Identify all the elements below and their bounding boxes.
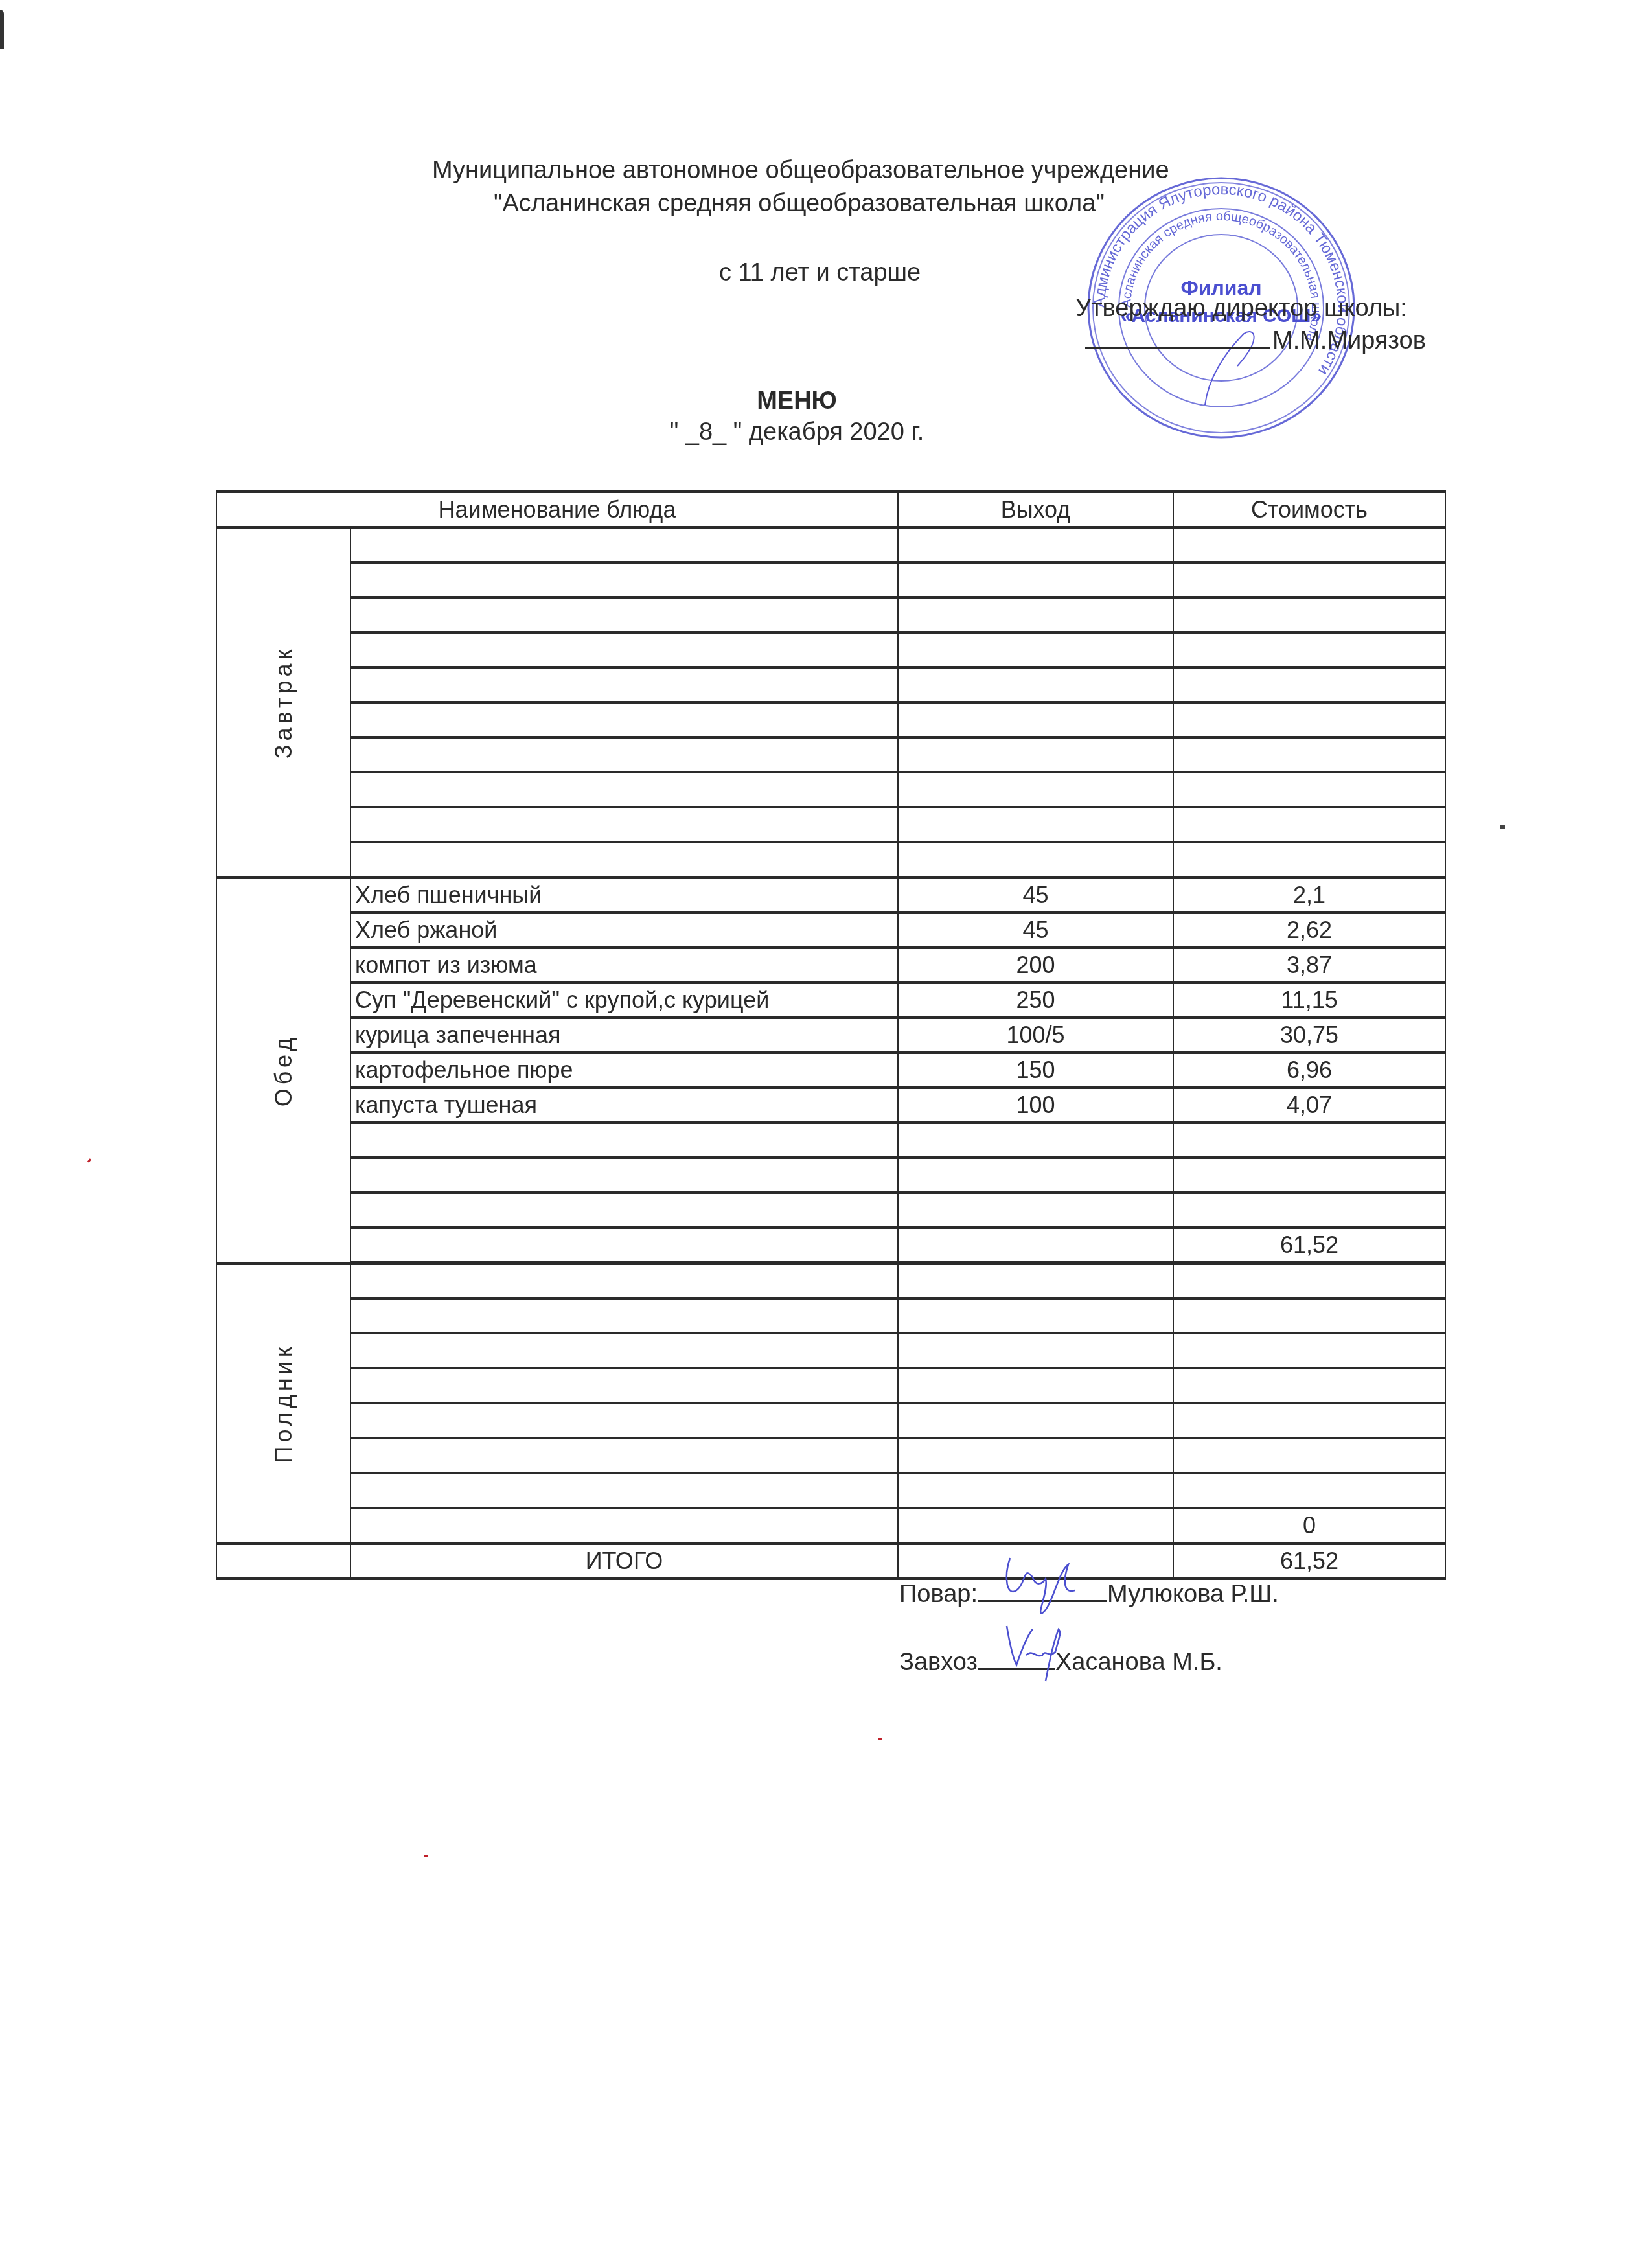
subtotal-name	[350, 1508, 898, 1544]
dish-cost: 3,87	[1173, 948, 1445, 983]
age-group: с 11 лет и старше	[719, 259, 921, 287]
table-row: картофельное пюре1506,96	[216, 1053, 1445, 1088]
dish-name	[350, 842, 898, 878]
dish-output	[898, 1298, 1173, 1333]
table-row	[216, 597, 1445, 632]
table-row: Суп "Деревенский" с крупой,с курицей2501…	[216, 983, 1445, 1018]
dish-name	[350, 1193, 898, 1228]
table-row	[216, 737, 1445, 772]
dish-cost	[1173, 702, 1445, 737]
subtotal-name	[350, 1228, 898, 1263]
table-header-row: Наименование блюда Выход Стоимость	[216, 492, 1445, 527]
table-row	[216, 632, 1445, 667]
dish-cost	[1173, 527, 1445, 562]
column-header-output: Выход	[898, 492, 1173, 527]
dish-output	[898, 1158, 1173, 1193]
director-name: М.М.Мирязов	[1272, 327, 1426, 354]
menu-date: " _8_ " декабря 2020 г.	[0, 418, 1652, 446]
storekeeper-name: Хасанова М.Б.	[1055, 1649, 1222, 1676]
dish-cost	[1173, 667, 1445, 702]
total-label: ИТОГО	[350, 1544, 898, 1579]
dish-cost	[1173, 1263, 1445, 1299]
signature-blank	[1085, 347, 1270, 349]
dish-output	[898, 737, 1173, 772]
dish-cost	[1173, 737, 1445, 772]
dish-output: 250	[898, 983, 1173, 1018]
dish-name: Хлеб ржаной	[350, 913, 898, 948]
dish-cost	[1173, 1193, 1445, 1228]
dish-cost	[1173, 1333, 1445, 1368]
dish-cost	[1173, 1368, 1445, 1403]
director-signature-line: М.М.Мирязов	[1085, 327, 1426, 355]
meal-section-name: Полдник	[270, 1344, 297, 1463]
section-subtotal-row: 0	[216, 1508, 1445, 1544]
dish-output: 200	[898, 948, 1173, 983]
scan-speck	[1500, 825, 1505, 829]
dish-output	[898, 597, 1173, 632]
dish-output: 45	[898, 878, 1173, 913]
dish-output	[898, 1123, 1173, 1158]
dish-name	[350, 597, 898, 632]
dish-cost: 2,1	[1173, 878, 1445, 913]
cook-signature-line	[978, 1581, 1107, 1602]
section-subtotal: 0	[1173, 1508, 1445, 1544]
dish-output	[898, 1368, 1173, 1403]
dish-name	[350, 1368, 898, 1403]
dish-output	[898, 702, 1173, 737]
dish-cost: 6,96	[1173, 1053, 1445, 1088]
dish-cost: 2,62	[1173, 913, 1445, 948]
organization-name-line1: Муниципальное автономное общеобразовател…	[0, 157, 1652, 185]
dish-output	[898, 1193, 1173, 1228]
storekeeper-signature: Завхоз Хасанова М.Б.	[899, 1649, 1222, 1677]
dish-cost	[1173, 772, 1445, 807]
table-row	[216, 1473, 1445, 1508]
dish-name: Хлеб пшеничный	[350, 878, 898, 913]
section-subtotal: 61,52	[1173, 1228, 1445, 1263]
table-row	[216, 772, 1445, 807]
table-row	[216, 1193, 1445, 1228]
dish-output	[898, 807, 1173, 842]
dish-name: компот из изюма	[350, 948, 898, 983]
dish-name: курица запеченная	[350, 1018, 898, 1053]
dish-cost	[1173, 807, 1445, 842]
table-row: Завтрак	[216, 527, 1445, 562]
cook-signature: Повар: Мулюкова Р.Ш.	[899, 1581, 1279, 1609]
table-row	[216, 1298, 1445, 1333]
meal-section-label: Полдник	[216, 1263, 350, 1544]
dish-name	[350, 632, 898, 667]
total-blank	[216, 1544, 350, 1579]
dish-output: 45	[898, 913, 1173, 948]
organization-name-line2: "Асланинская средняя общеобразовательная…	[0, 190, 1652, 218]
storekeeper-signature-line	[978, 1649, 1055, 1670]
dish-name: картофельное пюре	[350, 1053, 898, 1088]
dish-name	[350, 807, 898, 842]
table-row: Хлеб ржаной452,62	[216, 913, 1445, 948]
table-row: Полдник	[216, 1263, 1445, 1299]
table-row	[216, 1438, 1445, 1473]
table-row	[216, 702, 1445, 737]
column-header-cost: Стоимость	[1173, 492, 1445, 527]
dish-cost: 30,75	[1173, 1018, 1445, 1053]
dish-name	[350, 667, 898, 702]
scan-edge-mark	[0, 10, 4, 49]
dish-cost	[1173, 1158, 1445, 1193]
cook-label: Повар:	[899, 1581, 978, 1608]
approval-label: Утверждаю директор школы:	[1075, 295, 1407, 323]
table-row	[216, 842, 1445, 878]
total-cost: 61,52	[1173, 1544, 1445, 1579]
handwritten-signature-icon	[997, 1620, 1068, 1684]
table-row	[216, 1158, 1445, 1193]
dish-output	[898, 667, 1173, 702]
dish-output	[898, 1333, 1173, 1368]
dish-name	[350, 1298, 898, 1333]
dish-cost	[1173, 632, 1445, 667]
table-row: капуста тушеная1004,07	[216, 1088, 1445, 1123]
dish-output	[898, 1403, 1173, 1438]
dish-cost: 4,07	[1173, 1088, 1445, 1123]
table-row	[216, 1123, 1445, 1158]
dish-output	[898, 527, 1173, 562]
scan-speck	[87, 1158, 91, 1163]
dish-cost	[1173, 1473, 1445, 1508]
meal-section-label: Обед	[216, 878, 350, 1263]
dish-name	[350, 1473, 898, 1508]
dish-cost	[1173, 1123, 1445, 1158]
dish-name	[350, 1158, 898, 1193]
meal-section-name: Обед	[270, 1034, 297, 1106]
dish-name	[350, 562, 898, 597]
table-row: компот из изюма2003,87	[216, 948, 1445, 983]
dish-name	[350, 1438, 898, 1473]
dish-name	[350, 702, 898, 737]
handwritten-signature-icon	[997, 1552, 1088, 1623]
table-row	[216, 1368, 1445, 1403]
menu-table-body: ЗавтракОбедХлеб пшеничный452,1Хлеб ржано…	[216, 527, 1445, 1579]
table-row	[216, 1403, 1445, 1438]
dish-name: Суп "Деревенский" с крупой,с курицей	[350, 983, 898, 1018]
dish-name	[350, 1403, 898, 1438]
subtotal-output	[898, 1508, 1173, 1544]
storekeeper-label: Завхоз	[899, 1649, 978, 1676]
dish-cost	[1173, 1438, 1445, 1473]
dish-cost	[1173, 1403, 1445, 1438]
dish-cost	[1173, 1298, 1445, 1333]
table-row	[216, 667, 1445, 702]
dish-cost	[1173, 842, 1445, 878]
dish-name: капуста тушеная	[350, 1088, 898, 1123]
dish-output	[898, 632, 1173, 667]
dish-cost	[1173, 562, 1445, 597]
dish-output	[898, 562, 1173, 597]
table-row: ОбедХлеб пшеничный452,1	[216, 878, 1445, 913]
dish-output	[898, 1473, 1173, 1508]
cook-name: Мулюкова Р.Ш.	[1107, 1581, 1279, 1608]
table-row	[216, 562, 1445, 597]
dish-output: 100/5	[898, 1018, 1173, 1053]
dish-cost: 11,15	[1173, 983, 1445, 1018]
dish-name	[350, 1333, 898, 1368]
section-subtotal-row: 61,52	[216, 1228, 1445, 1263]
dish-name	[350, 1123, 898, 1158]
dish-name	[350, 527, 898, 562]
menu-table: Наименование блюда Выход Стоимость Завтр…	[216, 490, 1446, 1580]
dish-output: 150	[898, 1053, 1173, 1088]
table-row	[216, 807, 1445, 842]
dish-output: 100	[898, 1088, 1173, 1123]
scan-speck	[878, 1738, 882, 1740]
menu-title: МЕНЮ	[0, 387, 1652, 415]
meal-section-name: Завтрак	[270, 646, 297, 759]
subtotal-output	[898, 1228, 1173, 1263]
scan-speck	[424, 1855, 428, 1857]
dish-cost	[1173, 597, 1445, 632]
dish-name	[350, 737, 898, 772]
dish-output	[898, 842, 1173, 878]
meal-section-label: Завтрак	[216, 527, 350, 878]
dish-output	[898, 1263, 1173, 1299]
dish-output	[898, 772, 1173, 807]
table-row	[216, 1333, 1445, 1368]
column-header-dish: Наименование блюда	[216, 492, 898, 527]
table-row: курица запеченная100/530,75	[216, 1018, 1445, 1053]
grand-total-row: ИТОГО61,52	[216, 1544, 1445, 1579]
dish-name	[350, 1263, 898, 1299]
dish-output	[898, 1438, 1173, 1473]
dish-name	[350, 772, 898, 807]
